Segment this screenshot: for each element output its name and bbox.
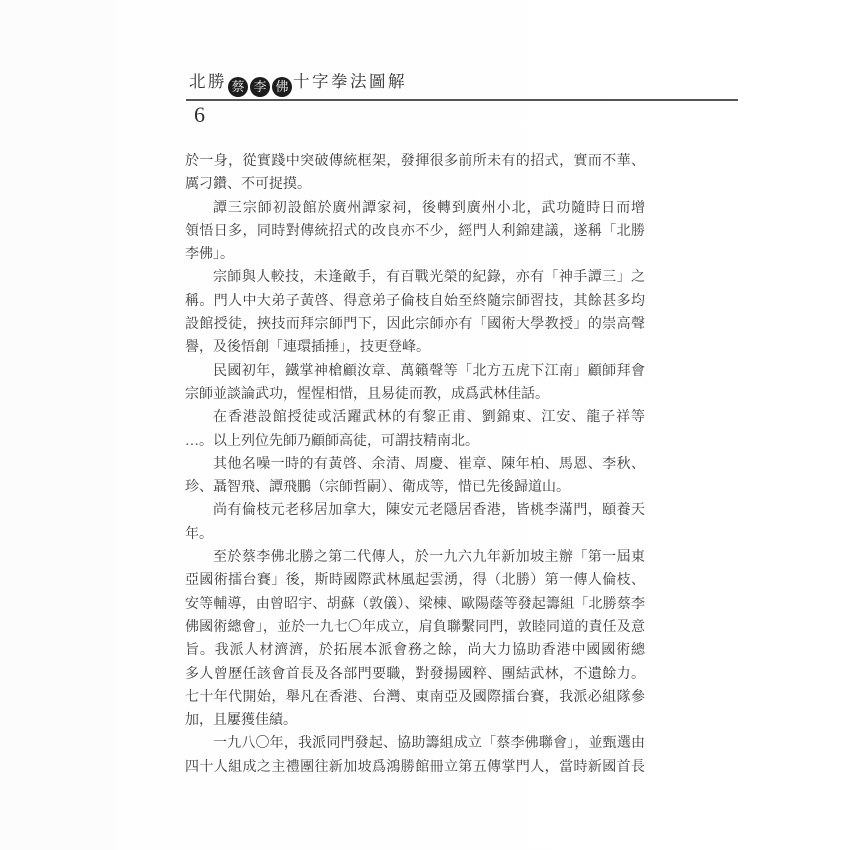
- header-rule-divider: [186, 99, 738, 101]
- text-line: 加，且屢獲佳績。: [185, 709, 645, 732]
- text-line: 安等輔導，由曾昭宇、胡蘇（敦儀）、梁棟、歐陽蔭等發起籌組「北勝蔡李: [185, 593, 645, 616]
- text-line: 尚有倫枝元老移居加拿大，陳安元老隱居香港，皆桃李滿門，頤養天: [185, 499, 645, 522]
- text-line: 宗師與人較技，未逢敵手，有百戰光榮的紀錄，亦有「神手譚三」之: [185, 266, 645, 289]
- circled-char-cai: 蔡: [228, 77, 248, 97]
- text-line: 宗師並談論武功，惺惺相惜，且易徒而教，成爲武林佳話。: [185, 383, 645, 406]
- text-line: 亞國術擂台賽」後，斯時國際武林風起雲湧，得（北勝）第一傳人倫枝、陳: [185, 569, 645, 592]
- text-line: 年。: [185, 523, 645, 546]
- text-line: 於一身，從實踐中突破傳統框架，發揮很多前所未有的招式，實而不華、凌: [185, 150, 645, 173]
- title-prefix: 北勝: [189, 72, 227, 91]
- text-line: 旨。我派人材濟濟，於拓展本派會務之餘，尚大力協助香港中國國術總會，: [185, 639, 645, 662]
- text-line: 在香港設館授徒或活躍武林的有黎正甫、劉錦東、江安、龍子祥等等…: [185, 406, 645, 429]
- text-line: …。以上列位先師乃顧師高徒，可謂技精南北。: [185, 430, 645, 453]
- text-line: 多人曾歷任該會首長及各部門要職，對發揚國粹、團結武林，不遺餘力。從: [185, 663, 645, 686]
- running-header-title: 北勝蔡李佛十字拳法圖解: [189, 70, 407, 97]
- circled-char-li: 李: [250, 77, 270, 97]
- text-line: 至於蔡李佛北勝之第二代傳人，於一九六九年新加坡主辦「第一屆東南: [185, 546, 645, 569]
- text-line: 稱。門人中大弟子黃啓、得意弟子倫枝自始至終隨宗師習技，其餘甚多均已: [185, 290, 645, 313]
- text-line: 一九八〇年，我派同門發起、協助籌組成立「蔡李佛聯會」，並甄選由: [185, 732, 645, 755]
- circled-char-fo: 佛: [272, 77, 292, 97]
- body-text-block: 於一身，從實踐中突破傳統框架，發揮很多前所未有的招式，實而不華、凌厲刁鑽、不可捉…: [185, 150, 645, 779]
- text-line: 其他名噪一時的有黃啓、余清、周慶、崔章、陳年柏、馬恩、李秋、巫: [185, 453, 645, 476]
- text-line: 領悟日多，同時對傳統招式的改良亦不少，經門人利錦建議，遂稱「北勝蔡: [185, 220, 645, 243]
- text-line: 李佛」。: [185, 243, 645, 266]
- book-page: 北勝蔡李佛十字拳法圖解 6 於一身，從實踐中突破傳統框架，發揮很多前所未有的招式…: [0, 0, 850, 850]
- text-line: 厲刁鑽、不可捉摸。: [185, 173, 645, 196]
- text-line: 民國初年，鐵掌神槍顧汝章、萬籟聲等「北方五虎下江南」顧師拜會譚: [185, 360, 645, 383]
- page-number: 6: [194, 102, 205, 128]
- text-line: 佛國術總會」，並於一九七〇年成立，肩負聯繫同門，敦睦同道的責任及意: [185, 616, 645, 639]
- text-line: 四十人組成之主禮團往新加坡爲鴻勝館冊立第五傳掌門人，當時新國首長駕: [185, 756, 645, 779]
- title-suffix: 十字拳法圖解: [293, 72, 407, 91]
- text-line: 珍、聶智飛、譚飛鵬（宗師哲嗣）、衛成等，惜已先後歸道山。: [185, 476, 645, 499]
- text-line: 七十年代開始，舉凡在香港、台灣、東南亞及國際擂台賽，我派必組隊參: [185, 686, 645, 709]
- text-line: 譚三宗師初設館於廣州譚家祠，後轉到廣州小北，武功隨時日而增進，: [185, 197, 645, 220]
- text-line: 譽，及後悟創「連環插捶」，技更登峰。: [185, 336, 645, 359]
- text-line: 設館授徒，挾技而拜宗師門下，因此宗師亦有「國術大學教授」的崇高聲: [185, 313, 645, 336]
